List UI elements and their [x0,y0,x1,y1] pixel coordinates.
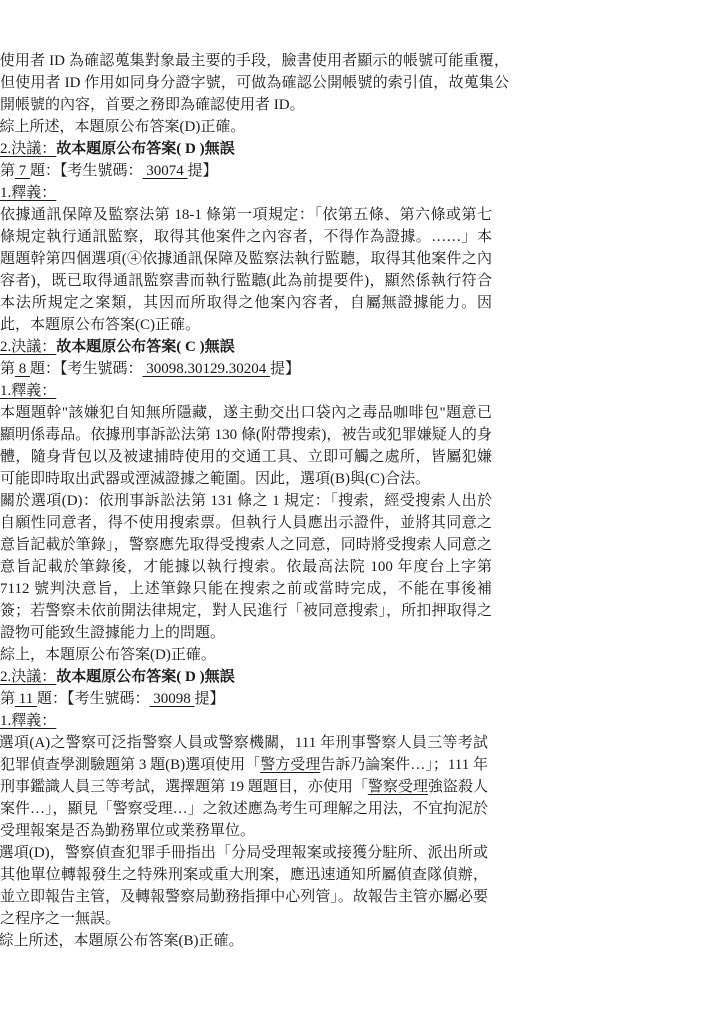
candidate-code: 30074 [143,163,188,179]
question-heading: 第 7 題：【考生號碼： 30074 提】 [0,160,724,182]
continuation-block: (1)使用者 ID 為確認蒐集對象最主要的手段，臉書使用者顯示的帳號可能重覆，但… [0,50,724,160]
question-label-suffix: 提】 [194,691,224,707]
candidate-code-label: 題：【考生號碼： [30,163,143,179]
question-label-suffix: 提】 [270,361,300,377]
list-item: (1)使用者 ID 為確認蒐集對象最主要的手段，臉書使用者顯示的帳號可能重覆，但… [0,50,509,116]
resolution-label: 2.決議： [0,669,56,685]
explain-label: 1.釋義： [0,713,56,729]
candidate-code: 30098 [149,691,194,707]
resolution-text: 故本題原公布答案( D )無誤 [56,669,234,685]
question-block: 第 11 題：【考生號碼： 30098 提】1.釋義：(1)選項(A)之警察可泛… [0,688,724,952]
candidate-code-label: 題：【考生號碼： [37,691,150,707]
question-heading: 第 8 題：【考生號碼： 30098.30129.30204 提】 [0,358,724,380]
candidate-code-label: 題：【考生號碼： [30,361,143,377]
text-run: 本題題幹"該嫌犯自知無所隱藏，遂主動交出口袋內之毒品咖啡包"題意已顯明係毒品。依… [0,405,492,487]
explain-label: 1.釋義： [0,383,56,399]
summary-line: 綜上，本題原公布答案(D)正確。 [0,644,510,666]
text-run: 綜上，本題原公布答案(D)正確。 [0,647,216,663]
body-paragraph: 關於選項(D)：依刑事訴訟法第 131 條之 1 規定：「搜索，經受搜索人出於自… [0,490,492,644]
resolution-label: 2.決議： [0,339,56,355]
candidate-code: 30098.30129.30204 [143,361,271,377]
text-run: 依據通訊保障及監察法第 18-1 條第一項規定：「依第五條、第六條或第七條規定執… [0,207,492,333]
text-run: 綜上所述，本題原公布答案(B)正確。 [0,933,244,949]
question-number: 11 [15,691,37,707]
explain-section-line: 1.釋義： [0,182,724,204]
list-item: (2)選項(D)，警察偵查犯罪手冊指出「分局受理報案或接獲分駐所、派出所或其他單… [0,842,488,930]
text-run: 綜上所述，本題原公布答案(D)正確。 [0,119,245,135]
underlined-text: 警方受理 [260,757,320,773]
text-run: 選項(D)，警察偵查犯罪手冊指出「分局受理報案或接獲分駐所、派出所或其他單位轉報… [0,845,488,927]
resolution-line: 2.決議：故本題原公布答案( C )無誤 [0,336,724,358]
text-run: 使用者 ID 為確認蒐集對象最主要的手段，臉書使用者顯示的帳號可能重覆，但使用者… [0,53,509,113]
question-number: 7 [15,163,30,179]
body-paragraph: 依據通訊保障及監察法第 18-1 條第一項規定：「依第五條、第六條或第七條規定執… [0,204,492,336]
resolution-line: 2.決議：故本題原公布答案( D )無誤 [0,138,724,160]
question-heading: 第 11 題：【考生號碼： 30098 提】 [0,688,724,710]
document-page: (1)使用者 ID 為確認蒐集對象最主要的手段，臉書使用者顯示的帳號可能重覆，但… [0,0,724,952]
question-block: 第 7 題：【考生號碼： 30074 提】1.釋義：依據通訊保障及監察法第 18… [0,160,724,358]
underlined-text: 警察受理 [368,779,428,795]
explain-section-line: 1.釋義： [0,710,724,732]
explain-label: 1.釋義： [0,185,56,201]
question-label-suffix: 提】 [188,163,218,179]
question-label-prefix: 第 [0,361,15,377]
question-label-prefix: 第 [0,691,15,707]
list-item: (2)綜上所述，本題原公布答案(D)正確。 [0,116,509,138]
resolution-line: 2.決議：故本題原公布答案( D )無誤 [0,666,724,688]
resolution-text: 故本題原公布答案( C )無誤 [56,339,234,355]
question-label-prefix: 第 [0,163,15,179]
body-paragraph: 本題題幹"該嫌犯自知無所隱藏，遂主動交出口袋內之毒品咖啡包"題意已顯明係毒品。依… [0,402,492,490]
list-item: (3)綜上所述，本題原公布答案(B)正確。 [0,930,488,952]
question-block: 第 8 題：【考生號碼： 30098.30129.30204 提】1.釋義：本題… [0,358,724,688]
list-item: (1)選項(A)之警察可泛指警察人員或警察機關，111 年刑事警察人員三等考試犯… [0,732,488,842]
resolution-text: 故本題原公布答案( D )無誤 [56,141,234,157]
resolution-label: 2.決議： [0,141,56,157]
text-run: 關於選項(D)：依刑事訴訟法第 131 條之 1 規定：「搜索，經受搜索人出於自… [0,493,492,641]
explain-section-line: 1.釋義： [0,380,724,402]
question-number: 8 [15,361,30,377]
